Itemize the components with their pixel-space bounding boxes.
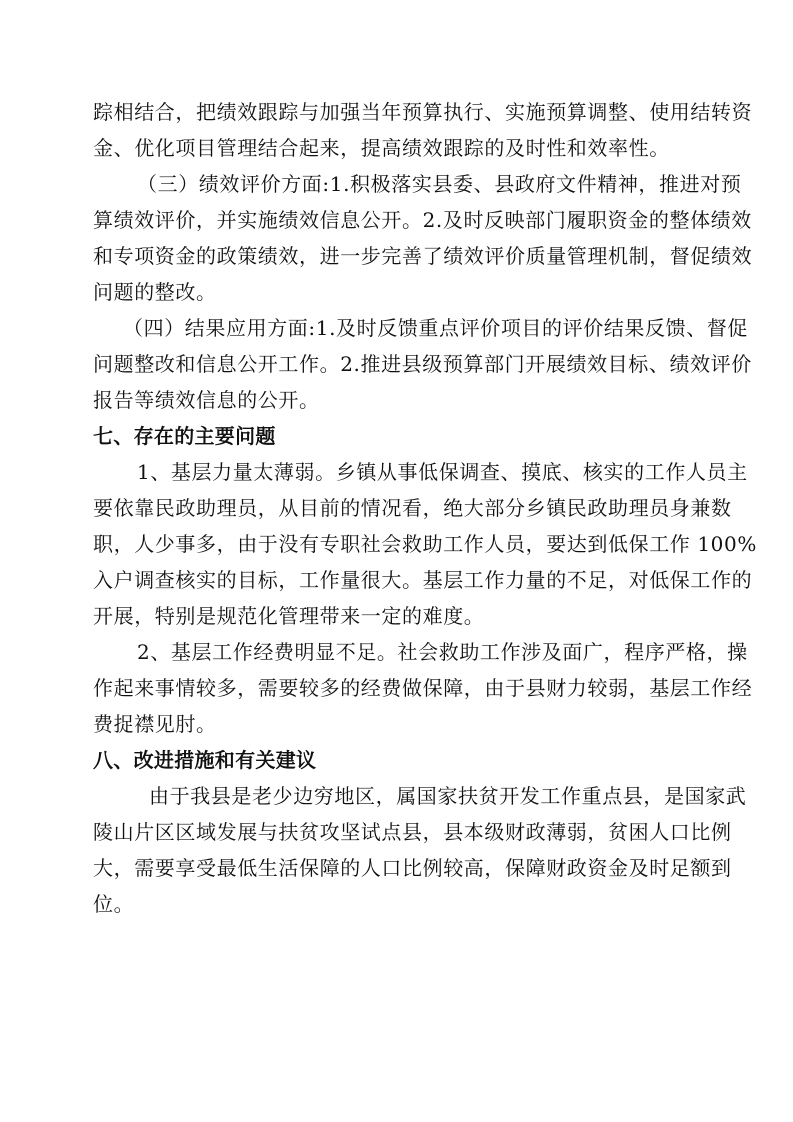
text-line: 算绩效评价，并实施绩效信息公开。2.及时反映部门履职资金的整体绩效 — [93, 202, 693, 238]
text-line: 大，需要享受最低生活保障的人口比例较高，保障财政资金及时足额到 — [93, 850, 693, 886]
text-line: 和专项资金的政策绩效，进一步完善了绩效评价质量管理机制，督促绩效 — [93, 238, 693, 274]
text-line: 1、基层力量太薄弱。乡镇从事低保调查、摸底、核实的工作人员主 — [93, 454, 693, 490]
text-line: 职，人少事多，由于没有专职社会救助工作人员，要达到低保工作 100% — [93, 526, 693, 562]
document-page: 踪相结合，把绩效跟踪与加强当年预算执行、实施预算调整、使用结转资 金、优化项目管… — [93, 94, 693, 922]
text-line: 陵山片区区域发展与扶贫攻坚试点县，县本级财政薄弱，贫困人口比例 — [93, 814, 693, 850]
text-line: 费捉襟见肘。 — [93, 706, 693, 742]
text-line: 金、优化项目管理结合起来，提高绩效跟踪的及时性和效率性。 — [93, 130, 693, 166]
text-line: 踪相结合，把绩效跟踪与加强当年预算执行、实施预算调整、使用结转资 — [93, 94, 693, 130]
paragraph-suggestions: 由于我县是老少边穷地区，属国家扶贫开发工作重点县，是国家武 陵山片区区域发展与扶… — [93, 778, 693, 922]
text-line: 作起来事情较多，需要较多的经费做保障，由于县财力较弱，基层工作经 — [93, 670, 693, 706]
paragraph-continuation: 踪相结合，把绩效跟踪与加强当年预算执行、实施预算调整、使用结转资 金、优化项目管… — [93, 94, 693, 166]
text-line: 入户调查核实的目标，工作量很大。基层工作力量的不足，对低保工作的 — [93, 562, 693, 598]
paragraph-performance-evaluation: （三）绩效评价方面:1.积极落实县委、县政府文件精神，推进对预 算绩效评价，并实… — [93, 166, 693, 310]
text-line: 由于我县是老少边穷地区，属国家扶贫开发工作重点县，是国家武 — [93, 778, 693, 814]
text-line: 报告等绩效信息的公开。 — [93, 382, 693, 418]
text-line: （三）绩效评价方面:1.积极落实县委、县政府文件精神，推进对预 — [93, 166, 693, 202]
section-heading-main-problems: 七、存在的主要问题 — [93, 418, 693, 454]
paragraph-result-application: （四）结果应用方面:1.及时反馈重点评价项目的评价结果反馈、督促 问题整改和信息… — [93, 310, 693, 418]
text-line: （四）结果应用方面:1.及时反馈重点评价项目的评价结果反馈、督促 — [93, 310, 693, 346]
section-heading-improvements: 八、改进措施和有关建议 — [93, 742, 693, 778]
paragraph-problem-1: 1、基层力量太薄弱。乡镇从事低保调查、摸底、核实的工作人员主 要依靠民政助理员，… — [93, 454, 693, 634]
text-line: 要依靠民政助理员，从目前的情况看，绝大部分乡镇民政助理员身兼数 — [93, 490, 693, 526]
text-line: 问题的整改。 — [93, 274, 693, 310]
paragraph-problem-2: 2、基层工作经费明显不足。社会救助工作涉及面广，程序严格，操 作起来事情较多，需… — [93, 634, 693, 742]
text-line: 开展，特别是规范化管理带来一定的难度。 — [93, 598, 693, 634]
text-line: 2、基层工作经费明显不足。社会救助工作涉及面广，程序严格，操 — [93, 634, 693, 670]
text-line: 位。 — [93, 886, 693, 922]
text-line: 问题整改和信息公开工作。2.推进县级预算部门开展绩效目标、绩效评价 — [93, 346, 693, 382]
